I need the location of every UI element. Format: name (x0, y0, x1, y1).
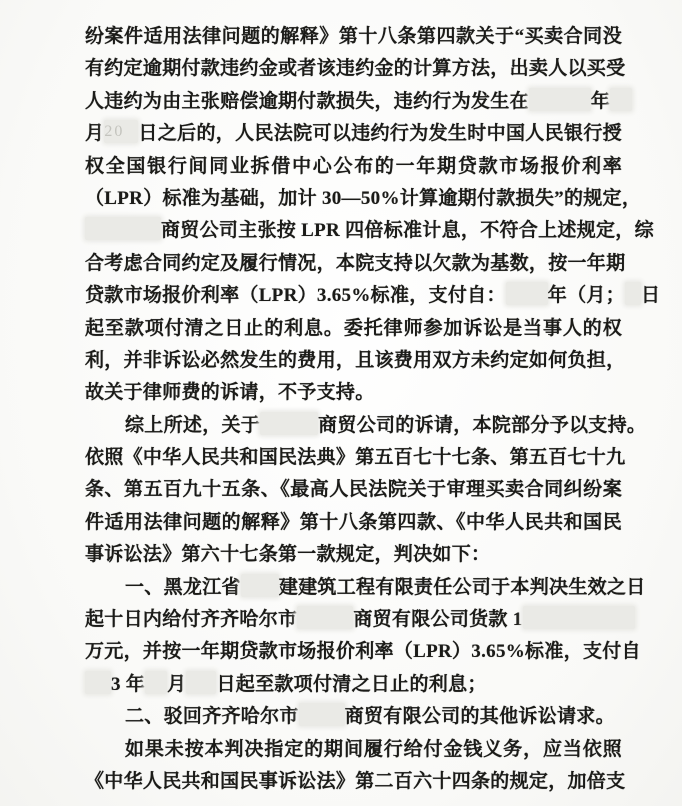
redaction-box (297, 606, 353, 629)
text-segment: 日起至款项付清之日止的利息； (216, 674, 486, 695)
text-segment: 事诉讼法》第六十七条第一款规定，判决如下： (85, 544, 490, 565)
text-segment: 3 年 (111, 674, 145, 695)
redaction-box (85, 217, 161, 240)
text-line: 权全国银行间同业拆借中心公布的一年期贷款市场报价利率 (85, 151, 622, 183)
text-segment: 月 (85, 123, 104, 144)
redaction-box (145, 671, 167, 694)
redaction-box: 20 (104, 120, 138, 143)
text-segment: 商贸有限公司的其他诉讼请求。 (345, 706, 615, 727)
text-line: 起十日内给付齐齐哈尔市商贸有限公司货款 1 (85, 604, 622, 636)
text-line: 合考虑合同约定及履行情况，本院支持以欠款为基数，按一年期 (85, 248, 622, 280)
redaction-box (260, 412, 318, 435)
text-line: 条、第五百九十五条、《最高人民法院关于审理买卖合同纠纷案 (85, 474, 622, 506)
text-line: 贷款市场报价利率（LPR）3.65%标准，支付自：年（月；日 (85, 280, 622, 312)
text-line: 综上所述，关于商贸公司的诉请，本院部分予以支持。 (85, 410, 622, 442)
text-line: 事诉讼法》第六十七条第一款规定，判决如下： (85, 539, 622, 571)
text-line: 有约定逾期付款违约金或者该违约金的计算方法，出卖人以买受 (85, 53, 622, 85)
text-segment: 万元，并按一年期贷款市场报价利率（LPR）3.65%标准，支付自 (85, 641, 641, 662)
text-segment: 一、黑龙江省 (125, 577, 241, 598)
redaction-box (299, 703, 345, 726)
text-line: 如果未按本判决指定的期间履行给付金钱义务，应当依照 (85, 734, 622, 766)
text-segment: 有约定逾期付款违约金或者该违约金的计算方法，出卖人以买受 (85, 58, 625, 79)
redaction-box (85, 671, 111, 694)
text-segment: 商贸有限公司货款 1 (353, 609, 522, 630)
redaction-box (523, 606, 635, 629)
text-line: 月20日之后的，人民法院可以违约行为发生时中国人民银行授 (85, 118, 622, 150)
text-segment: 月 (167, 674, 186, 695)
text-line: 商贸公司主张按 LPR 四倍标准计息，不符合上述规定，综 (85, 215, 622, 247)
text-line: 依照《中华人民共和国民法典》第五百七十七条、第五百七十九 (85, 442, 622, 474)
text-segment: 综上所述，关于 (125, 415, 260, 436)
redaction-box (625, 282, 641, 305)
text-segment: 条、第五百九十五条、《最高人民法院关于审理买卖合同纠纷案 (85, 479, 622, 500)
text-line: 一、黑龙江省建建筑工程有限责任公司于本判决生效之日 (85, 572, 622, 604)
text-line: 3 年月日起至款项付清之日止的利息； (85, 669, 622, 701)
judgment-document-page: 纷案件适用法律问题的解释》第十八条第四款关于“买卖合同没有约定逾期付款违约金或者… (0, 0, 682, 806)
text-segment: 年（月； (548, 285, 625, 306)
text-segment: 年 (591, 91, 610, 112)
redaction-box (241, 574, 279, 597)
text-segment: （LPR）标准为基础，加计 30—50%计算逾期付款损失”的规定， (85, 188, 641, 209)
text-line: 件适用法律问题的解释》第十八条第四款、《中华人民共和国民 (85, 507, 622, 539)
text-segment: 二、驳回齐齐哈尔市 (125, 706, 299, 727)
text-segment: 日之后的，人民法院可以违约行为发生时中国人民银行授 (138, 123, 622, 144)
text-segment: 如果未按本判决指定的期间履行给付金钱义务，应当依照 (125, 739, 622, 760)
text-line: 二、驳回齐齐哈尔市商贸有限公司的其他诉讼请求。 (85, 701, 622, 733)
text-segment: 故关于律师费的诉请，不予支持。 (85, 382, 375, 403)
text-segment: 《中华人民共和国民事诉讼法》第二百六十四条的规定，加倍支 (85, 771, 625, 792)
text-line: 万元，并按一年期贷款市场报价利率（LPR）3.65%标准，支付自 (85, 636, 622, 668)
text-segment: 权全国银行间同业拆借中心公布的一年期贷款市场报价利率 (85, 156, 622, 177)
text-line: （LPR）标准为基础，加计 30—50%计算逾期付款损失”的规定， (85, 183, 622, 215)
text-segment: 日 (641, 285, 660, 306)
text-segment: 起十日内给付齐齐哈尔市 (85, 609, 297, 630)
redaction-box (610, 88, 632, 111)
text-segment: 建建筑工程有限责任公司于本判决生效之日 (279, 577, 646, 598)
text-segment: 贷款市场报价利率（LPR）3.65%标准，支付自： (85, 285, 506, 306)
text-line: 纷案件适用法律问题的解释》第十八条第四款关于“买卖合同没 (85, 21, 622, 53)
text-line: 起至款项付清之日止的利息。委托律师参加诉讼是当事人的权 (85, 313, 622, 345)
text-line: 人违约为由主张赔偿逾期付款损失，违约行为发生在年 (85, 86, 622, 118)
text-segment: 依照《中华人民共和国民法典》第五百七十七条、第五百七十九 (85, 447, 625, 468)
text-line: 利，并非诉讼必然发生的费用，且该费用双方未约定如何负担， (85, 345, 622, 377)
text-segment: 利，并非诉讼必然发生的费用，且该费用双方未约定如何负担， (85, 350, 625, 371)
redaction-box (186, 671, 216, 694)
text-segment: 纷案件适用法律问题的解释》第十八条第四款关于“买卖合同没 (85, 26, 622, 47)
redaction-box (506, 282, 548, 305)
text-segment: 件适用法律问题的解释》第十八条第四款、《中华人民共和国民 (85, 512, 622, 533)
text-line: 《中华人民共和国民事诉讼法》第二百六十四条的规定，加倍支 (85, 766, 622, 798)
text-segment: 商贸公司主张按 LPR 四倍标准计息，不符合上述规定，综 (161, 220, 654, 241)
text-segment: 合考虑合同约定及履行情况，本院支持以欠款为基数，按一年期 (85, 253, 625, 274)
text-line: 故关于律师费的诉请，不予支持。 (85, 377, 622, 409)
redaction-box (529, 88, 591, 111)
text-segment: 商贸公司的诉请，本院部分予以支持。 (318, 415, 646, 436)
judgment-text-block: 纷案件适用法律问题的解释》第十八条第四款关于“买卖合同没有约定逾期付款违约金或者… (85, 21, 622, 798)
text-segment: 起至款项付清之日止的利息。委托律师参加诉讼是当事人的权 (85, 318, 622, 339)
text-segment: 人违约为由主张赔偿逾期付款损失，违约行为发生在 (85, 91, 529, 112)
